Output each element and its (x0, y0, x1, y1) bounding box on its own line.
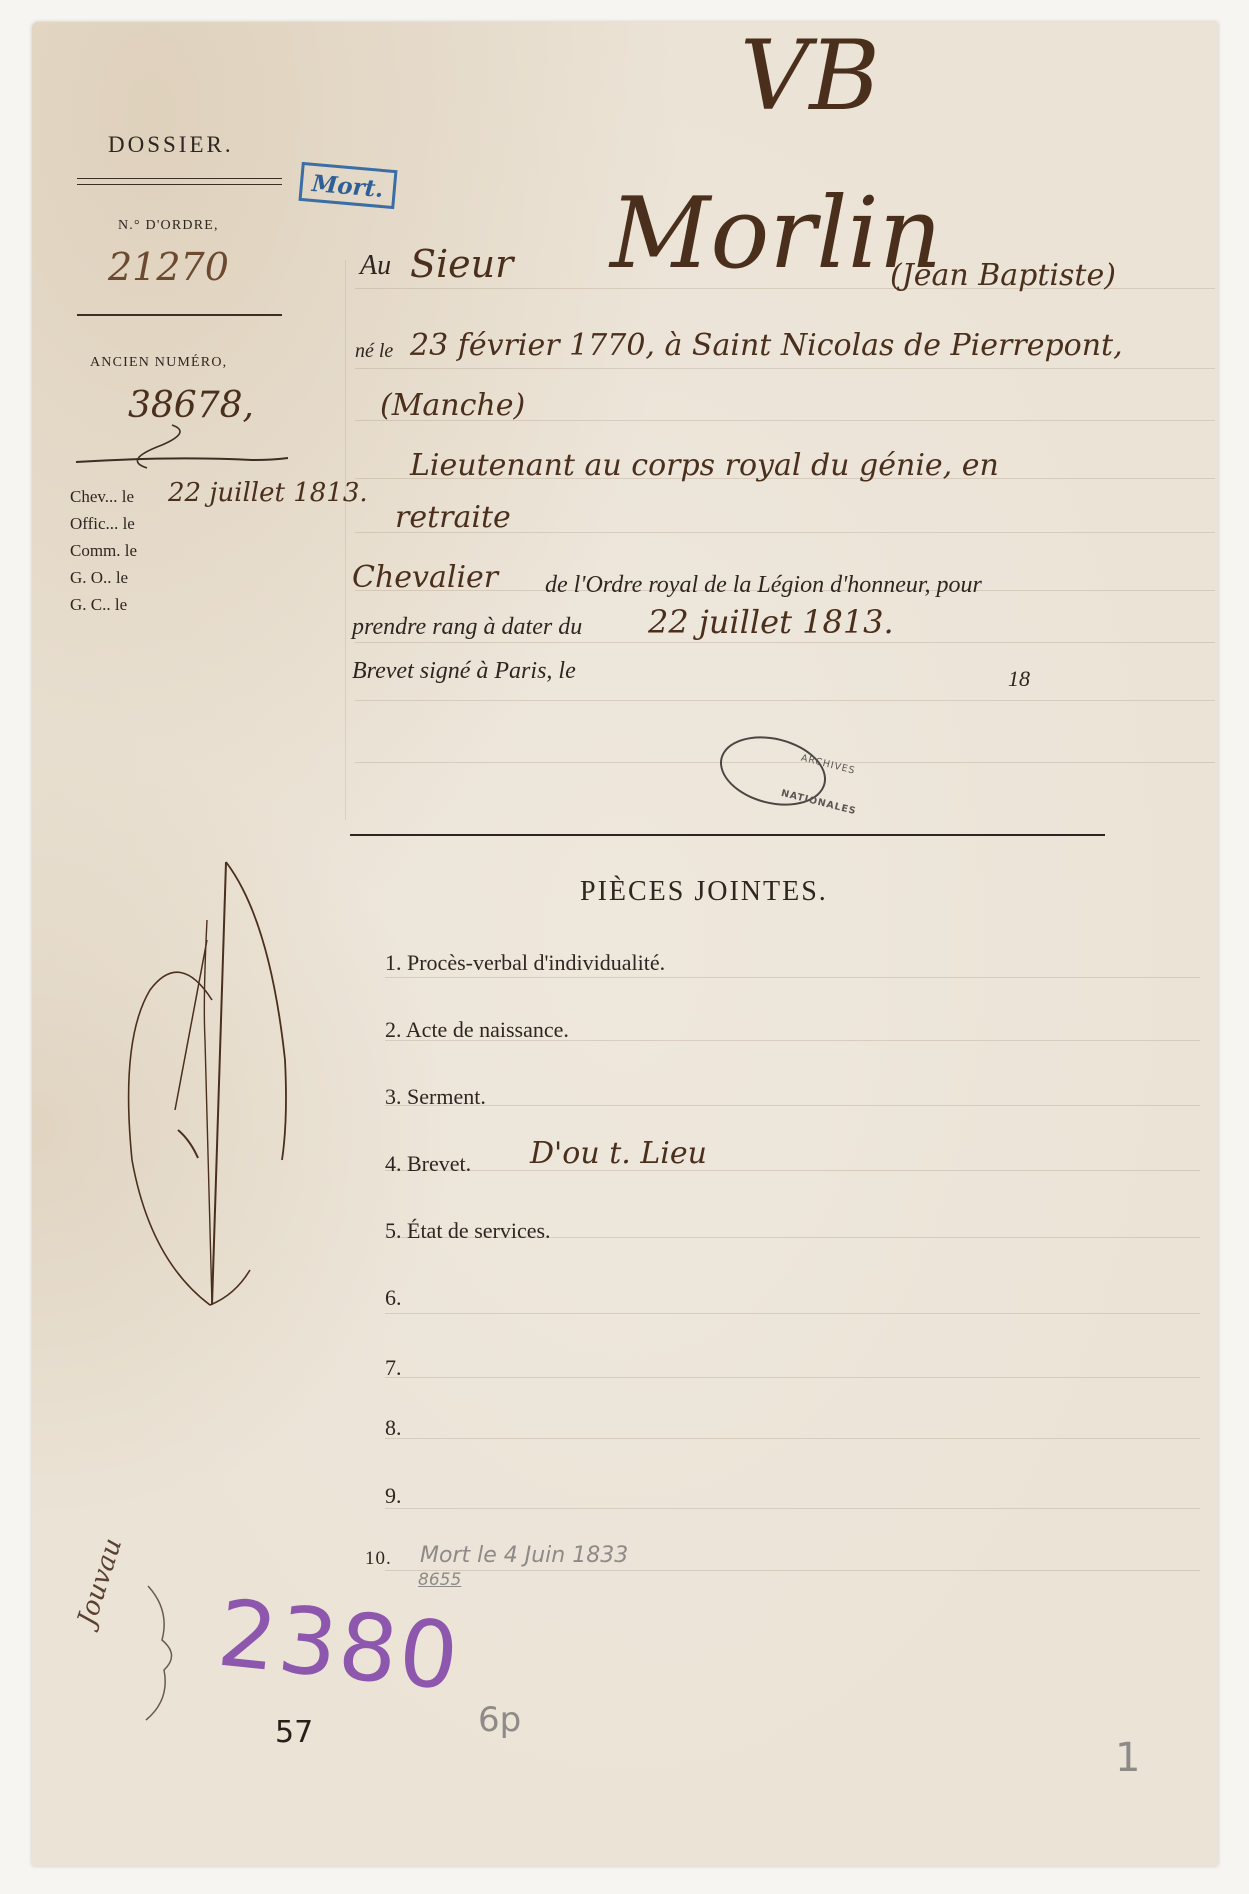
given-names: (Jean Baptiste) (890, 258, 1116, 293)
order-number-label: N.° D'ORDRE, (118, 218, 219, 234)
mort-stamp: Mort. (298, 162, 397, 209)
award-row: Chev... le (70, 487, 137, 514)
award-grades: Chev... le Offic... le Comm. le G. O.. l… (70, 487, 137, 622)
chevalier-date: 22 juillet 1813. (168, 478, 368, 508)
born-label: né le (355, 340, 393, 363)
dossier-title: DOSSIER. (108, 132, 234, 158)
award-row: G. O.. le (70, 568, 137, 595)
award-row: Comm. le (70, 541, 137, 568)
birth-details: 23 février 1770, à Saint Nicolas de Pier… (410, 328, 1123, 363)
rank-date: 22 juillet 1813. (648, 603, 894, 641)
flourish-icon (72, 420, 292, 470)
header-initials: VB (740, 20, 880, 132)
order-text: de l'Ordre royal de la Légion d'honneur,… (545, 572, 982, 599)
list-item: 9. (385, 1483, 402, 1509)
ink-number: 57 (275, 1715, 313, 1750)
rank-line-1: Lieutenant au corps royal du génie, en (410, 448, 999, 483)
bracket-icon (140, 1580, 180, 1730)
grade-handwritten: Chevalier (352, 560, 498, 595)
death-note: Mort le 4 Juin 1833 (420, 1543, 628, 1568)
list-item: 6. (385, 1285, 402, 1311)
award-row: G. C.. le (70, 595, 137, 622)
pen-flourish-icon (110, 840, 310, 1320)
list-item: 2. Acte de naissance. (385, 1017, 569, 1043)
department: (Manche) (380, 388, 525, 423)
list-item: 8. (385, 1415, 402, 1441)
sieur-label: Sieur (410, 242, 513, 286)
pieces-title: PIÈCES JOINTES. (580, 876, 828, 908)
list-item: 10. (365, 1548, 392, 1570)
rank-prefix: prendre rang à dater du (352, 614, 582, 641)
order-number: 21270 (108, 245, 229, 289)
brevet-signed: Brevet signé à Paris, le (352, 658, 576, 685)
old-number-label: ANCIEN NUMÉRO, (90, 355, 227, 371)
rank-line-2: retraite (395, 500, 511, 535)
page-count: 6p (478, 1700, 521, 1740)
list-item: 5. État de services. (385, 1218, 551, 1244)
list-item: 7. (385, 1355, 402, 1381)
death-note-number: 8655 (418, 1570, 461, 1590)
double-rule (77, 178, 282, 185)
award-row: Offic... le (70, 514, 137, 541)
au-label: Au (360, 250, 391, 282)
brevet-note: D'ou t. Lieu (530, 1136, 707, 1171)
order-rule (77, 314, 282, 316)
list-item: 4. Brevet. (385, 1151, 471, 1177)
list-item: 3. Serment. (385, 1084, 486, 1110)
list-item: 1. Procès-verbal d'individualité. (385, 950, 665, 976)
section-separator (350, 834, 1105, 836)
page-number: 1 (1115, 1735, 1140, 1781)
brevet-year: 18 (1008, 666, 1030, 692)
